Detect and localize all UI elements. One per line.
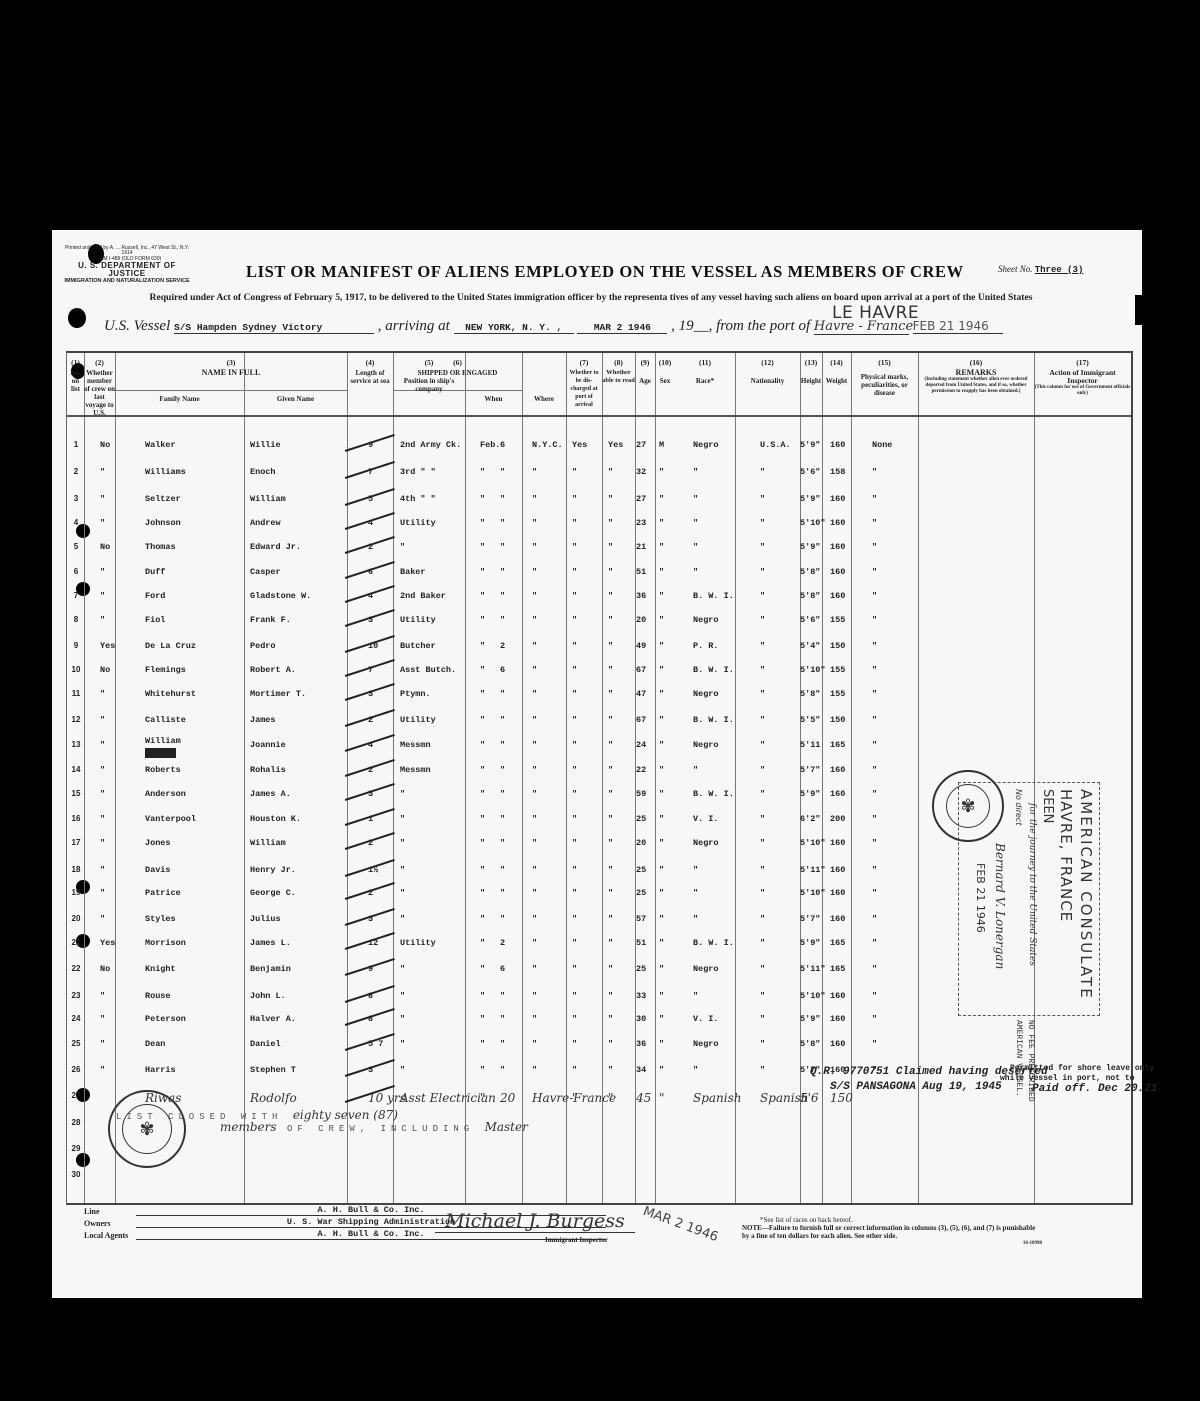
cell-discharged: "	[572, 964, 577, 974]
cell-family: Walker	[145, 440, 176, 450]
document-title: LIST OR MANIFEST OF ALIENS EMPLOYED ON T…	[246, 262, 964, 282]
cell-weight: 160	[830, 440, 845, 450]
cell-when-a: "	[480, 665, 485, 675]
arrival-port: NEW YORK, N. Y. ,	[454, 322, 574, 334]
inspector-signature: Michael J. Burgess	[435, 1210, 635, 1233]
cell-nationality: "	[760, 567, 765, 577]
cell-when-a: "	[480, 1091, 486, 1105]
cell-marks: "	[872, 789, 877, 799]
cell-race: "	[693, 494, 698, 504]
cell-age: 49	[636, 641, 646, 651]
consulate-seal-bottom: ✾	[108, 1090, 186, 1168]
cell-when-b: "	[500, 518, 505, 528]
cell-age: 27	[636, 494, 646, 504]
cell-when-b: "	[500, 838, 505, 848]
cell-read: "	[608, 814, 613, 824]
cell-family: Anderson	[145, 789, 186, 799]
cell-when-b: 2	[500, 938, 505, 948]
cell-when-b: "	[500, 765, 505, 775]
cell-height: 5'11"	[800, 964, 826, 974]
cell-prev: "	[100, 518, 105, 528]
cell-when-b: "	[500, 914, 505, 924]
cell-sex: "	[659, 914, 664, 924]
cell-height: 5'9"	[800, 542, 820, 552]
printer-line: Printed and Sold by A. ... Russell, Inc.…	[62, 246, 192, 257]
cell-when-b: "	[500, 567, 505, 577]
cell-family: Fiol	[145, 615, 165, 625]
row27-remark-2: S/S PANSAGONA Aug 19, 1945	[830, 1081, 1002, 1093]
cell-race: "	[693, 914, 698, 924]
cell-where: "	[532, 542, 537, 552]
row-number: 16	[68, 814, 84, 823]
arrival-date: MAR 2 1946	[577, 322, 667, 334]
cell-position: Messmn	[400, 765, 431, 775]
cell-height: 5'9"	[800, 938, 820, 948]
cell-height: 5'4"	[800, 641, 820, 651]
cell-when-b: "	[500, 888, 505, 898]
cell-age: 25	[636, 964, 646, 974]
cell-family: Harris	[145, 1065, 176, 1075]
cell-weight: 160	[830, 494, 845, 504]
cell-race: "	[693, 567, 698, 577]
cell-age: 25	[636, 888, 646, 898]
cell-race: Negro	[693, 964, 719, 974]
cell-nationality: "	[760, 518, 765, 528]
list-closed-line-2: members OF CREW, INCLUDING Master	[220, 1120, 528, 1134]
cell-family: Davis	[145, 865, 171, 875]
cell-sex: "	[659, 641, 664, 651]
cell-weight: 150	[830, 1091, 853, 1105]
cell-read: "	[608, 789, 613, 799]
cell-discharged: Yes	[572, 440, 587, 450]
cell-nationality: "	[760, 542, 765, 552]
page-tab-shadow	[1135, 295, 1165, 325]
cell-sex: "	[659, 591, 664, 601]
cell-age: 36	[636, 1039, 646, 1049]
cell-when-b: 2	[500, 641, 505, 651]
cell-given: James A.	[250, 789, 291, 799]
cell-weight: 150	[830, 641, 845, 651]
cell-race: "	[693, 865, 698, 875]
cell-nationality: "	[760, 1065, 765, 1075]
cell-prev: "	[100, 591, 105, 601]
cell-height: 5'6	[800, 1091, 819, 1105]
cell-marks: "	[872, 838, 877, 848]
cell-when-a: "	[480, 938, 485, 948]
cell-family: Dean	[145, 1039, 165, 1049]
cell-sex: "	[659, 789, 664, 799]
cell-where: "	[532, 1039, 537, 1049]
cell-prev: "	[100, 814, 105, 824]
cell-height: 5'8"	[800, 567, 820, 577]
cell-where: "	[532, 914, 537, 924]
cell-when-a: "	[480, 964, 485, 974]
cell-read: "	[608, 1014, 613, 1024]
cell-sex: "	[659, 1039, 664, 1049]
vessel-line: U.S. Vessel S/S Hampden Sydney Victory ,…	[104, 318, 1003, 335]
cell-weight: 200	[830, 814, 845, 824]
cell-nationality: "	[760, 467, 765, 477]
cell-age: 33	[636, 991, 646, 1001]
cell-prev: "	[100, 789, 105, 799]
cell-when-a: Feb.	[480, 440, 500, 450]
cell-age: 30	[636, 1014, 646, 1024]
cell-when-b: "	[500, 991, 505, 1001]
cell-nationality: "	[760, 1014, 765, 1024]
cell-prev: "	[100, 567, 105, 577]
cell-prev: No	[100, 542, 110, 552]
cell-sex: "	[659, 665, 664, 675]
cell-position: "	[400, 888, 405, 898]
cell-nationality: "	[760, 789, 765, 799]
cell-age: 23	[636, 518, 646, 528]
cell-read: "	[608, 518, 613, 528]
cell-read: "	[608, 888, 613, 898]
footer-note: *See list of races on back hereof. NOTE—…	[742, 1216, 1042, 1248]
cell-when-b: "	[500, 865, 505, 875]
cell-sex: "	[659, 615, 664, 625]
cell-position: Utility	[400, 715, 436, 725]
cell-weight: 160	[830, 1014, 845, 1024]
cell-given: Rohalis	[250, 765, 286, 775]
cell-when-a: "	[480, 494, 485, 504]
cell-where: "	[532, 740, 537, 750]
cell-marks: "	[872, 665, 877, 675]
cell-position: Baker	[400, 567, 426, 577]
cell-when-a: "	[480, 715, 485, 725]
cell-marks: "	[872, 715, 877, 725]
cell-position: "	[400, 914, 405, 924]
cell-marks: "	[872, 865, 877, 875]
department-name: U. S. DEPARTMENT OF JUSTICE	[62, 262, 192, 279]
cell-when-a: "	[480, 689, 485, 699]
cell-age: 51	[636, 938, 646, 948]
cell-family: Peterson	[145, 1014, 186, 1024]
cell-sex: "	[659, 814, 664, 824]
cell-height: 5'11"	[800, 865, 826, 875]
row-number: 19	[68, 888, 84, 897]
row-number: 26	[68, 1065, 84, 1074]
cell-height: 5'9"	[800, 789, 820, 799]
cell-family: Ford	[145, 591, 165, 601]
row-number: 9	[68, 641, 84, 650]
cell-weight: 165	[830, 740, 845, 750]
cell-where: "	[532, 814, 537, 824]
cell-given: Gladstone W.	[250, 591, 311, 601]
cell-when-b: "	[500, 789, 505, 799]
cell-read: "	[608, 467, 613, 477]
cell-race: B. W. I.	[693, 938, 734, 948]
cell-marks: "	[872, 1014, 877, 1024]
cell-discharged: "	[572, 467, 577, 477]
cell-prev: "	[100, 914, 105, 924]
cell-given: Benjamin	[250, 964, 291, 974]
row-number: 27	[68, 1091, 84, 1100]
cell-age: 34	[636, 1065, 646, 1075]
row-number: 8	[68, 615, 84, 624]
cell-sex: "	[659, 567, 664, 577]
cell-read: "	[608, 765, 613, 775]
cell-sex: "	[659, 494, 664, 504]
cell-sex: "	[659, 865, 664, 875]
cell-family: Knight	[145, 964, 176, 974]
row-number: 29	[68, 1144, 84, 1153]
cell-when-b: 6	[500, 440, 505, 450]
cell-given: Rodolfo	[250, 1091, 297, 1105]
cell-nationality: "	[760, 641, 765, 651]
cell-marks: "	[872, 888, 877, 898]
cell-prev: "	[100, 715, 105, 725]
cell-weight: 160	[830, 865, 845, 875]
cell-race: Negro	[693, 1039, 719, 1049]
cell-read: "	[608, 567, 613, 577]
cell-given: John L.	[250, 991, 286, 1001]
cell-position: "	[400, 964, 405, 974]
cell-age: 36	[636, 591, 646, 601]
cell-when-b: "	[500, 1039, 505, 1049]
cell-where: "	[532, 789, 537, 799]
cell-when-a: "	[480, 542, 485, 552]
cell-given: Halver A.	[250, 1014, 296, 1024]
cell-family: Roberts	[145, 765, 181, 775]
cell-weight: 160	[830, 518, 845, 528]
cell-where: "	[532, 765, 537, 775]
row-number: 4	[68, 518, 84, 527]
cell-prev: "	[100, 740, 105, 750]
cell-discharged: "	[572, 518, 577, 528]
cell-when-a: "	[480, 615, 485, 625]
cell-prev: "	[100, 1014, 105, 1024]
cell-given: Julius	[250, 914, 281, 924]
row-number: 24	[68, 1014, 84, 1023]
cell-sex: "	[659, 467, 664, 477]
cell-weight: 160	[830, 591, 845, 601]
cell-where: "	[532, 494, 537, 504]
cell-nationality: "	[760, 765, 765, 775]
cell-when-b: "	[500, 591, 505, 601]
row-number: 6	[68, 567, 84, 576]
cell-family: Morrison	[145, 938, 186, 948]
cell-when-b: "	[500, 494, 505, 504]
row-number: 23	[68, 991, 84, 1000]
cell-sex: M	[659, 440, 664, 450]
vessel-name: S/S Hampden Sydney Victory	[174, 322, 374, 334]
row-number: 21	[68, 938, 84, 947]
row-number: 30	[68, 1170, 84, 1179]
cell-race: "	[693, 991, 698, 1001]
cell-sex: "	[659, 765, 664, 775]
cell-marks: "	[872, 964, 877, 974]
cell-position: Butcher	[400, 641, 436, 651]
cell-when-b: "	[500, 1065, 505, 1075]
cell-weight: 165	[830, 964, 845, 974]
cell-sex: "	[659, 991, 664, 1001]
struck-family-name: XXXXXX	[145, 748, 176, 758]
cell-where: "	[532, 615, 537, 625]
departure-port: Havre - France	[814, 319, 909, 335]
cell-read: "	[608, 641, 613, 651]
cell-height: 5'8"	[800, 1039, 820, 1049]
cell-given: Mortimer T.	[250, 689, 306, 699]
cell-discharged: "	[572, 1091, 578, 1105]
cell-where: "	[532, 938, 537, 948]
cell-discharged: "	[572, 789, 577, 799]
cell-when-a: "	[480, 865, 485, 875]
cell-read: "	[608, 665, 613, 675]
cell-read: "	[608, 615, 613, 625]
cell-race: Negro	[693, 615, 719, 625]
cell-position: "	[400, 542, 405, 552]
cell-where: "	[532, 591, 537, 601]
cell-prev: No	[100, 665, 110, 675]
cell-sex: "	[659, 542, 664, 552]
cell-nationality: "	[760, 689, 765, 699]
cell-race: P. R.	[693, 641, 719, 651]
cell-family: Seltzer	[145, 494, 181, 504]
cell-height: 5'10"	[800, 665, 826, 675]
cell-given: Joannie	[250, 740, 286, 750]
cell-height: 5'10"	[800, 838, 826, 848]
cell-read: Yes	[608, 440, 623, 450]
cell-position: "	[400, 789, 405, 799]
cell-race: B. W. I.	[693, 789, 734, 799]
cell-weight: 160	[830, 838, 845, 848]
cell-read: "	[608, 591, 613, 601]
cell-when-a: "	[480, 740, 485, 750]
cell-height: 5'10"	[800, 991, 826, 1001]
cell-nationality: "	[760, 1039, 765, 1049]
cell-weight: 155	[830, 665, 845, 675]
cell-marks: "	[872, 567, 877, 577]
cell-nationality: "	[760, 991, 765, 1001]
cell-nationality: "	[760, 888, 765, 898]
cell-height: 5'10"	[800, 518, 826, 528]
cell-when-b: "	[500, 814, 505, 824]
cell-read: "	[608, 740, 613, 750]
sheet-number-value: Three (3)	[1035, 265, 1084, 275]
cell-discharged: "	[572, 591, 577, 601]
cell-race: V. I.	[693, 814, 719, 824]
cell-discharged: "	[572, 715, 577, 725]
cell-race: Negro	[693, 440, 719, 450]
cell-discharged: "	[572, 838, 577, 848]
cell-when-b: "	[500, 715, 505, 725]
cell-when-b: 6	[500, 665, 505, 675]
cell-discharged: "	[572, 740, 577, 750]
cell-position: 2nd Baker	[400, 591, 446, 601]
cell-race: B. W. I.	[693, 715, 734, 725]
cell-when-b: "	[500, 615, 505, 625]
cell-discharged: "	[572, 1065, 577, 1075]
cell-given: Henry Jr.	[250, 865, 296, 875]
cell-given: Andrew	[250, 518, 281, 528]
cell-family: Patrice	[145, 888, 181, 898]
cell-position: "	[400, 814, 405, 824]
cell-race: Spanish	[693, 1091, 742, 1105]
cell-race: "	[693, 467, 698, 477]
row-number: 15	[68, 789, 84, 798]
cell-marks: "	[872, 938, 877, 948]
cell-marks: "	[872, 494, 877, 504]
cell-height: 6'2"	[800, 814, 820, 824]
cell-height: 5'5"	[800, 715, 820, 725]
cell-when-a: "	[480, 567, 485, 577]
cell-family: De La Cruz	[145, 641, 196, 651]
cell-where: "	[532, 964, 537, 974]
cell-when-a: "	[480, 1039, 485, 1049]
cell-where: "	[532, 665, 537, 675]
cell-sex: "	[659, 1014, 664, 1024]
cell-height: 5'7"	[800, 765, 820, 775]
consulate-seal: ✾	[932, 770, 1004, 842]
cell-position: "	[400, 991, 405, 1001]
cell-age: 51	[636, 567, 646, 577]
cell-family: Whitehurst	[145, 689, 196, 699]
cell-given: Pedro	[250, 641, 276, 651]
cell-position: "	[400, 865, 405, 875]
cell-prev: Yes	[100, 938, 115, 948]
cell-when-a: "	[480, 641, 485, 651]
cell-age: 45	[636, 1091, 651, 1105]
cell-marks: "	[872, 518, 877, 528]
cell-prev: "	[100, 615, 105, 625]
cell-when-b: "	[500, 689, 505, 699]
cell-prev: "	[100, 765, 105, 775]
cell-family: William	[145, 736, 181, 746]
cell-prev: "	[100, 494, 105, 504]
cell-race: B. W. I.	[693, 665, 734, 675]
cell-sex: "	[659, 964, 664, 974]
cell-position: "	[400, 838, 405, 848]
cell-nationality: "	[760, 838, 765, 848]
cell-marks: "	[872, 814, 877, 824]
cell-family: Styles	[145, 914, 176, 924]
cell-weight: 160	[830, 789, 845, 799]
cell-given: James	[250, 715, 276, 725]
cell-marks: "	[872, 740, 877, 750]
cell-when-a: "	[480, 991, 485, 1001]
cell-discharged: "	[572, 1039, 577, 1049]
cell-race: V. I.	[693, 1014, 719, 1024]
cell-height: 5'8"	[800, 591, 820, 601]
cell-age: 24	[636, 740, 646, 750]
cell-nationality: "	[760, 665, 765, 675]
cell-sex: "	[659, 838, 664, 848]
cell-age: 20	[636, 838, 646, 848]
cell-where: "	[532, 567, 537, 577]
cell-prev: "	[100, 1065, 105, 1075]
cell-family: Johnson	[145, 518, 181, 528]
cell-sex: "	[659, 888, 664, 898]
cell-age: 25	[636, 814, 646, 824]
cell-discharged: "	[572, 641, 577, 651]
cell-where: "	[532, 467, 537, 477]
service-name: IMMIGRATION AND NATURALIZATION SERVICE	[62, 279, 192, 285]
cell-family: Thomas	[145, 542, 176, 552]
cell-when-b: "	[500, 467, 505, 477]
cell-read: "	[608, 964, 613, 974]
punch-hole	[68, 308, 86, 328]
cell-discharged: "	[572, 615, 577, 625]
cell-when-a: "	[480, 888, 485, 898]
cell-age: 25	[636, 865, 646, 875]
cell-nationality: "	[760, 938, 765, 948]
cell-family: Jones	[145, 838, 171, 848]
sheet-number: Sheet No. Three (3)	[998, 264, 1083, 275]
cell-height: 5'11	[800, 740, 820, 750]
cell-where: "	[532, 991, 537, 1001]
row-number: 20	[68, 914, 84, 923]
